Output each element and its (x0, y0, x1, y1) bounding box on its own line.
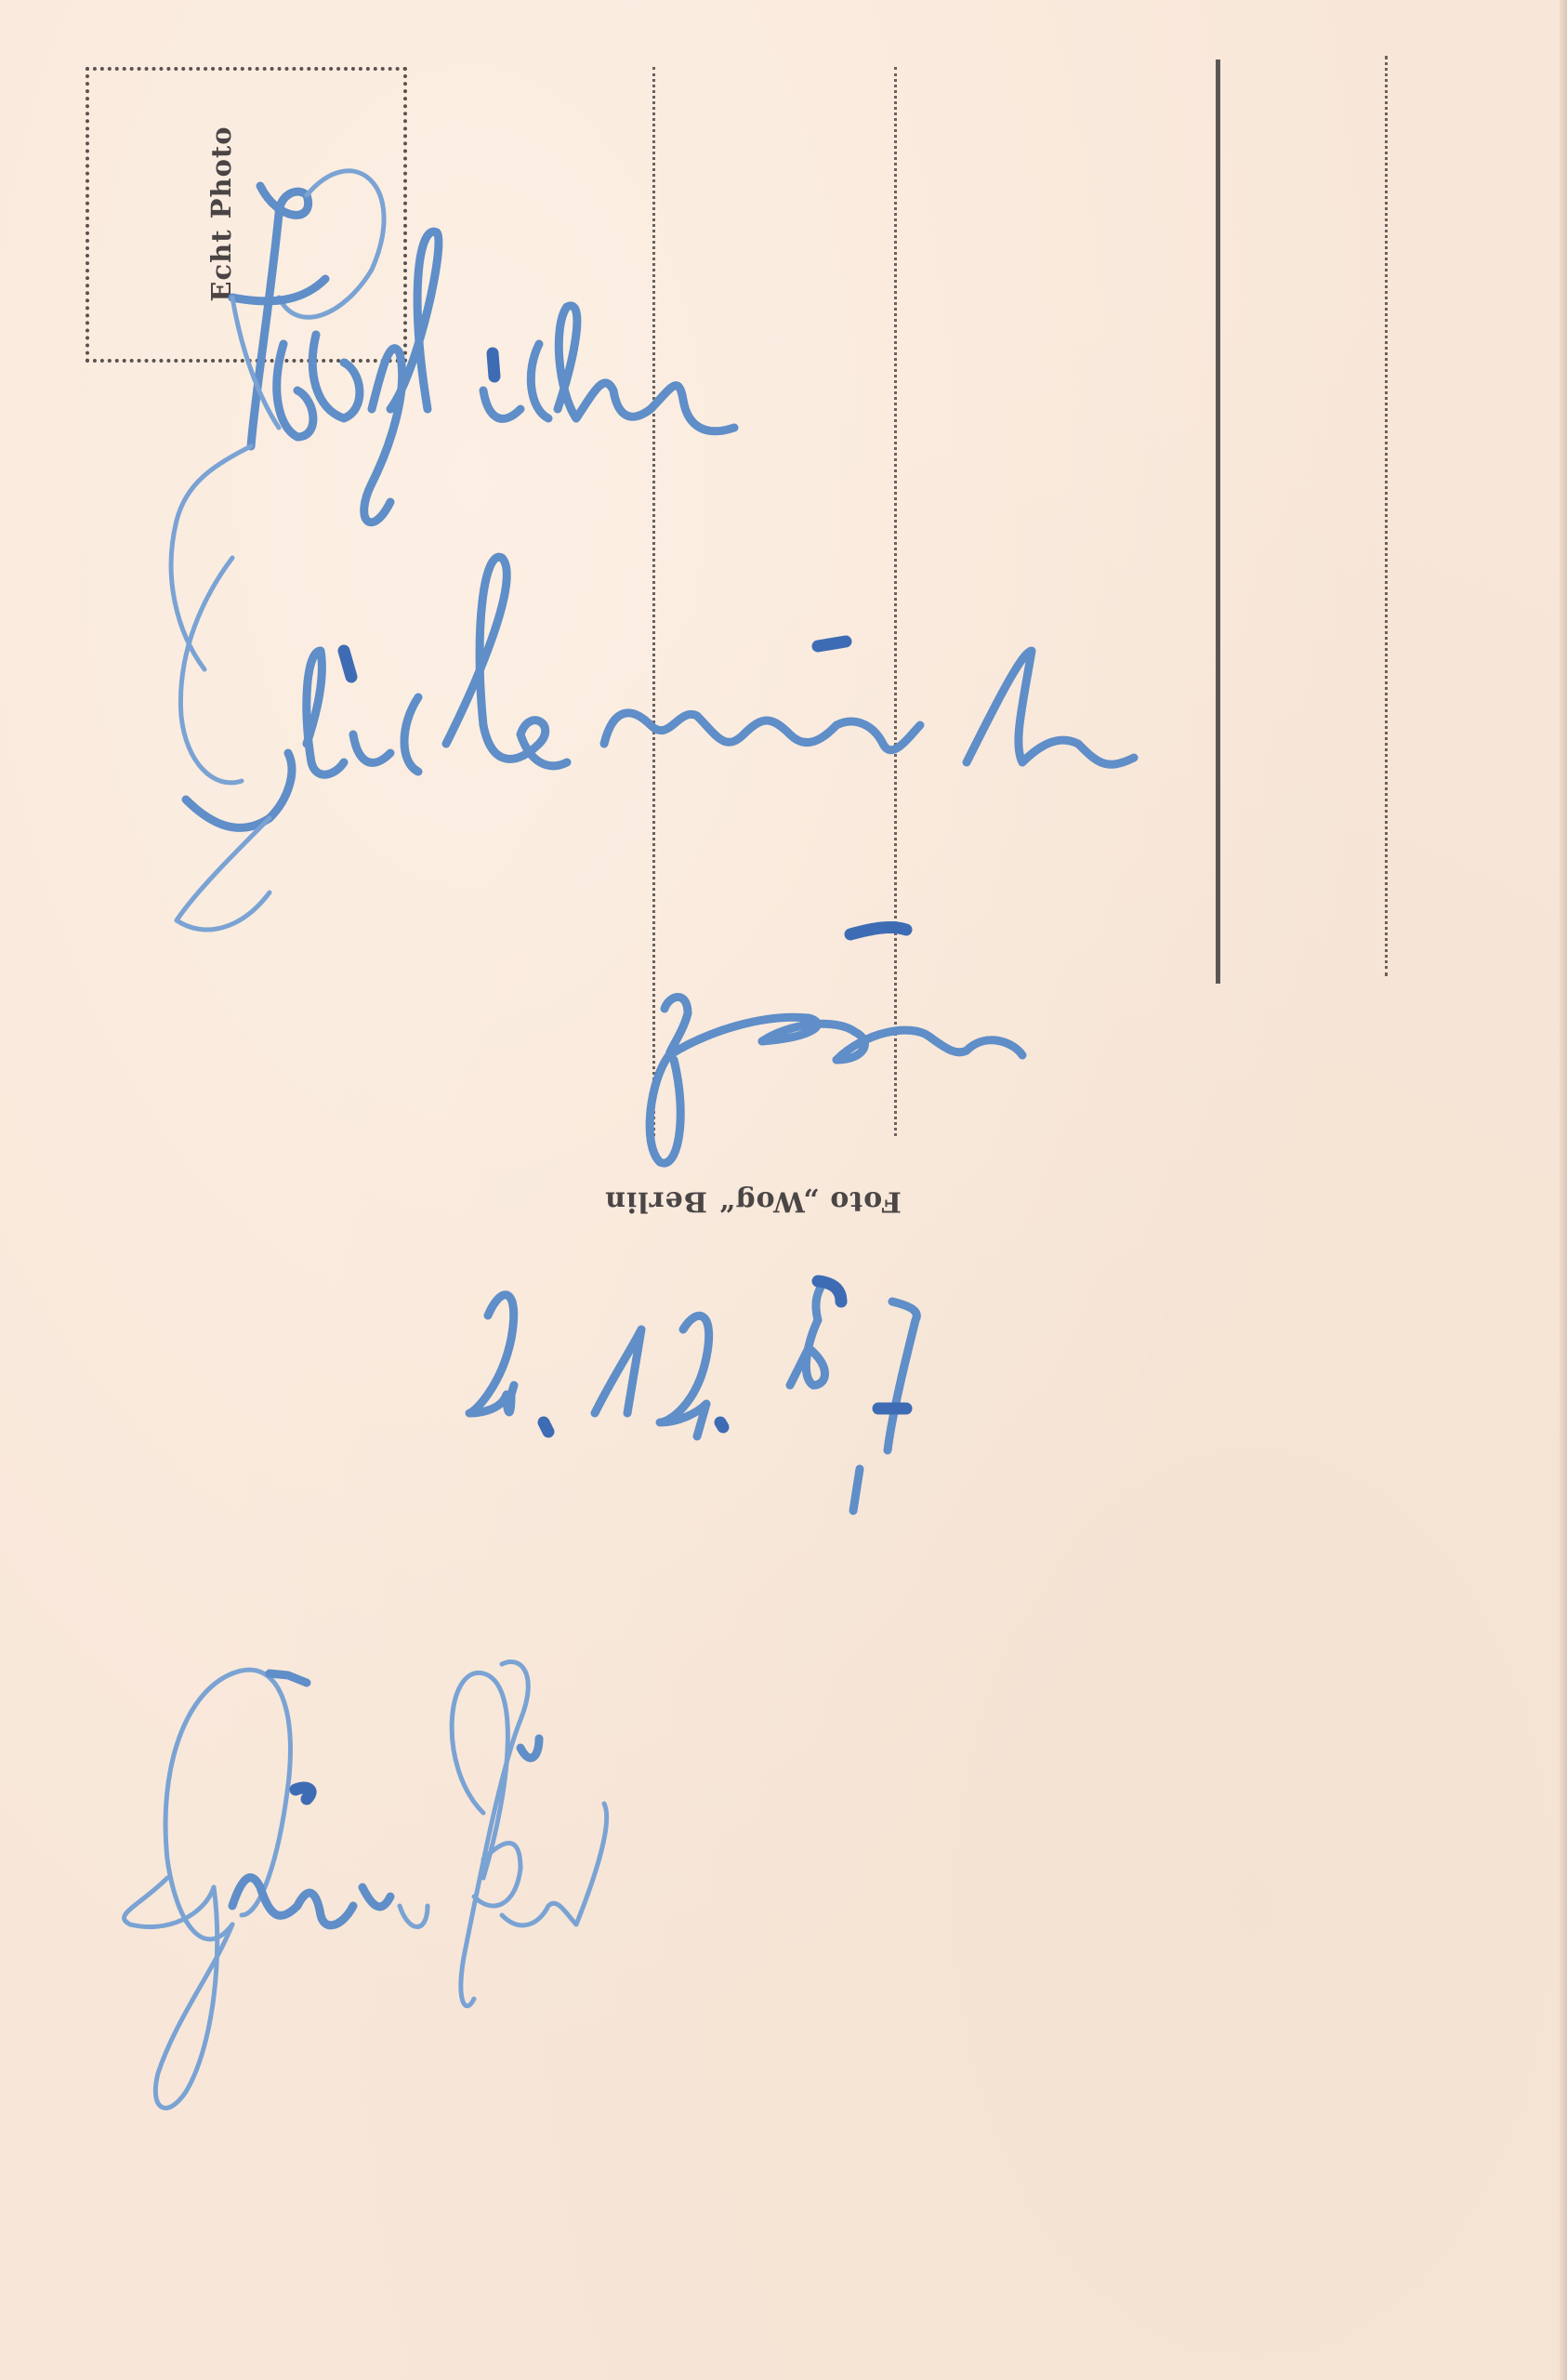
handwriting-zum (650, 928, 1022, 1164)
handwriting-signature (125, 1662, 607, 2109)
handwriting-date (469, 1281, 916, 1511)
handwriting-strokes (0, 0, 1567, 2380)
handwriting-glueckwunsch (177, 557, 1134, 930)
postcard-back: Echt Photo Foto „Wog“ Berlin (0, 0, 1567, 2380)
handwriting-herzlichen (171, 171, 734, 669)
